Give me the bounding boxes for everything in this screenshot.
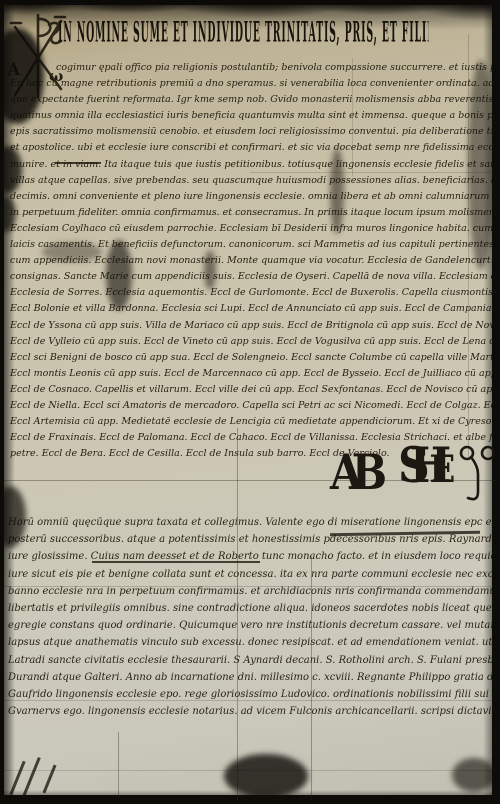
text-line: Eccl sci Benigni de bosco cū app sua. Ec… bbox=[10, 350, 492, 366]
text-line: lapsus atque anathematis vinculo sub exc… bbox=[8, 634, 492, 651]
date-line: Durandi atque Galteri. Anno ab incarnati… bbox=[8, 669, 492, 686]
flourish-sign-icon bbox=[458, 440, 498, 506]
notary-line: Gvarnervs ego. lingonensis ecclesie nota… bbox=[8, 703, 492, 720]
text-line: epis sacratissimo molismensiū cenobio. e… bbox=[10, 124, 492, 140]
text-line: et apostolice. ubi et ecclesie iure cons… bbox=[10, 140, 492, 156]
text-line: Ecclesia de Sorres. Ecclesia aquemontis.… bbox=[10, 285, 492, 301]
charter-text-block-1: cogimur ępali offico pia religionis post… bbox=[10, 60, 492, 462]
text-line: Eccl de Cosnaco. Capellis et villarum. E… bbox=[10, 382, 492, 398]
text-line: Eccl Artemisia cū app. Medietatē ecclesi… bbox=[10, 414, 492, 430]
text-line: cum appendiciis. Ecclesiam novi monaster… bbox=[10, 253, 492, 269]
monogram-letter-e: E bbox=[429, 448, 455, 492]
text-line: in perpetuum fideliter. omnia confirmamu… bbox=[10, 205, 492, 221]
text-line: Eccl de Vylleio cū app suis. Eccl de Vin… bbox=[10, 334, 492, 350]
text-line: decimis. omni conveniente et pleno iure … bbox=[10, 189, 492, 205]
text-line: cogimur ępali offico pia religionis post… bbox=[10, 60, 492, 76]
text-line: Eccl de Niella. Eccl sci Amatoris de mer… bbox=[10, 398, 492, 414]
text-line: que expectante fuerint reformata. Igr km… bbox=[10, 92, 492, 108]
text-line: Ecclesiam Coylhaco cū eiusdem parrochie.… bbox=[10, 221, 492, 237]
monogram-ab: AB bbox=[330, 444, 376, 500]
text-line: banno ecclesie nra in perpetuum confirma… bbox=[8, 583, 492, 600]
text-line: iure sicut eis pie et benigne collata su… bbox=[8, 566, 492, 583]
text-line: Eccl montis Leonis cū app suis. Eccl de … bbox=[10, 366, 492, 382]
text-line: Eccl de Yssona cū app suis. Villa de Mar… bbox=[10, 318, 492, 334]
text-line: posterū successoribus. atque a potentiss… bbox=[8, 531, 492, 548]
regnal-line: Gaufrido lingonensis ecclesie epo. rege … bbox=[8, 686, 492, 703]
monogram-she: SHE bbox=[398, 438, 455, 494]
text-line: laicis casamentis. Et beneficiis defunct… bbox=[10, 237, 492, 253]
text-line: munire. et in viam. Ita itaque tuis que … bbox=[10, 157, 492, 173]
text-line: quatinus omnia illa ecclesiastici iuris … bbox=[10, 108, 492, 124]
text-line: egregie constans quod ordinarie. Quicumq… bbox=[8, 617, 492, 634]
text-line: En hoc cū magne retributionis premiū a d… bbox=[10, 76, 492, 92]
charter-photo: A ω IN NOMINE SUME ET INDIVIDUE TRINITAT… bbox=[0, 0, 500, 804]
charter-text-block-2: Horū omniū quęcūque supra taxata et coll… bbox=[8, 514, 492, 720]
text-line: villas atque capellas. sive prebendas. s… bbox=[10, 173, 492, 189]
text-line: consignas. Sancte Marie cum appendiciis … bbox=[10, 269, 492, 285]
text-line: Eccl Bolonie et villa Bardonna. Ecclesia… bbox=[10, 301, 492, 317]
text-line: libertatis et privilegiis omnibus. sine … bbox=[8, 600, 492, 617]
text-line: iure glosissime. Cuius nam deesset et de… bbox=[8, 548, 492, 565]
signature-line: Latradi sancte civitatis ecclesie thesau… bbox=[8, 652, 492, 669]
text-line: Horū omniū quęcūque supra taxata et coll… bbox=[8, 514, 492, 531]
